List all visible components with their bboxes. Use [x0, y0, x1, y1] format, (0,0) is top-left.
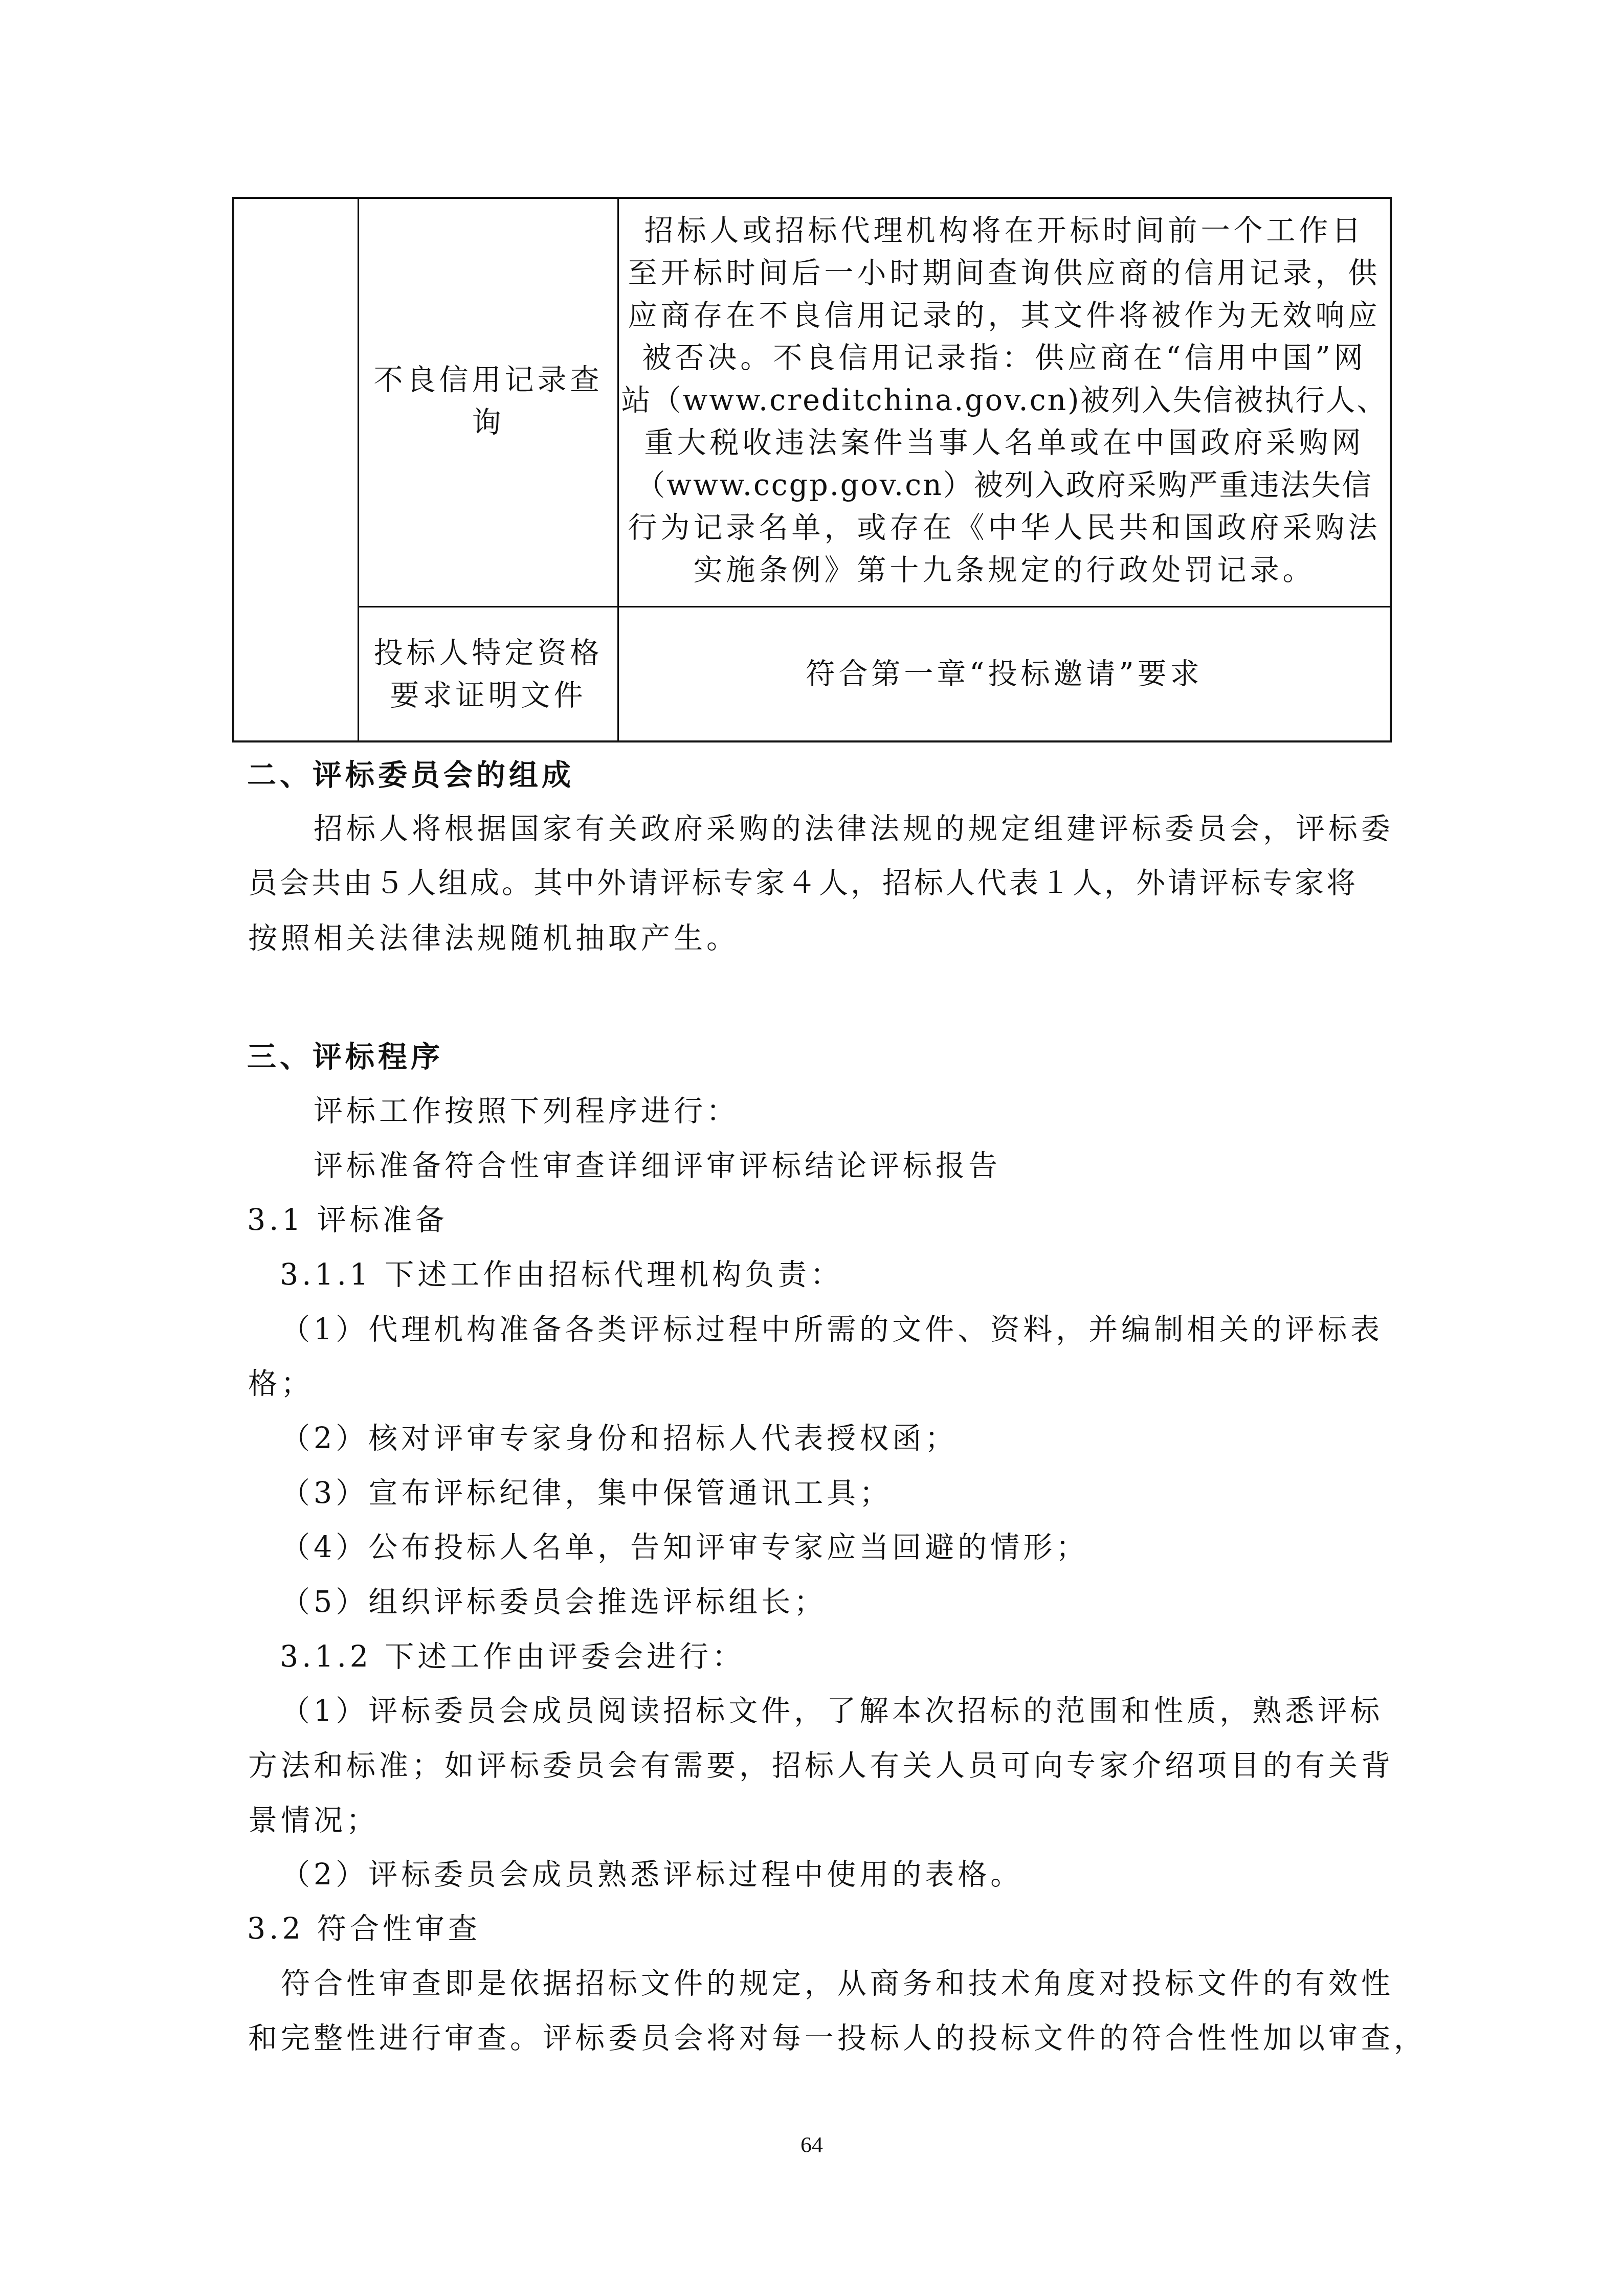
qualification-table: 不良信用记录查 询 招标人或招标代理机构将在开标时间前一个工作日 至开标时间后一…	[232, 197, 1391, 742]
table-border-bottom	[232, 740, 1391, 742]
list-item: （5）组织评标委员会推选评标组长；	[281, 1582, 827, 1623]
subsection-title: 3.1.1 下述工作由招标代理机构负责：	[280, 1254, 843, 1295]
paragraph-line: 评标工作按照下列程序进行：	[314, 1091, 739, 1132]
list-item: 景情况；	[248, 1800, 379, 1841]
paragraph-line: 符合性审查即是依据招标文件的规定，从商务和技术角度对投标文件的有效性	[281, 1963, 1394, 2004]
row-label-line: 询	[359, 401, 617, 444]
row-label-line: 要求证明文件	[359, 674, 617, 717]
section-heading: 三、评标程序	[247, 1037, 443, 1077]
list-item: （2）核对评审专家身份和招标人代表授权函；	[281, 1418, 958, 1459]
row-label-line: 投标人特定资格	[359, 632, 617, 674]
content-line: 符合第一章“投标邀请”要求	[619, 653, 1390, 695]
list-item: （3）宣布评标纪律，集中保管通讯工具；	[281, 1473, 892, 1514]
content-line: 应商存在不良信用记录的，其文件将被作为无效响应	[619, 295, 1390, 337]
content-line: 招标人或招标代理机构将在开标时间前一个工作日	[619, 210, 1390, 252]
list-item: 格；	[248, 1363, 314, 1404]
content-line: 行为记录名单，或存在《中华人民共和国政府采购法	[619, 507, 1390, 549]
content-line: （www.ccgp.gov.cn）被列入政府采购严重违法失信	[619, 464, 1390, 507]
content-line: 重大税收违法案件当事人名单或在中国政府采购网	[619, 422, 1390, 464]
content-line: 实施条例》第十九条规定的行政处罚记录。	[619, 549, 1390, 592]
list-item: （1）代理机构准备各类评标过程中所需的文件、资料，并编制相关的评标表	[281, 1309, 1383, 1350]
row-content: 招标人或招标代理机构将在开标时间前一个工作日 至开标时间后一小时期间查询供应商的…	[619, 210, 1390, 592]
content-line: 被否决。不良信用记录指：供应商在“信用中国”网	[619, 337, 1390, 379]
subsection-title: 3.1.2 下述工作由评委会进行：	[280, 1636, 745, 1677]
subsection-title: 3.1 评标准备	[247, 1200, 448, 1241]
paragraph-line: 和完整性进行审查。评标委员会将对每一投标人的投标文件的符合性性加以审查，	[248, 2018, 1427, 2059]
list-item: （4）公布投标人名单，告知评审专家应当回避的情形；	[281, 1527, 1088, 1568]
subsection-title: 3.2 符合性审查	[247, 1908, 481, 1949]
page-number: 64	[786, 2132, 837, 2158]
paragraph-line: 员会共由５人组成。其中外请评标专家４人，招标人代表１人，外请评标专家将	[248, 863, 1358, 904]
table-border-top	[232, 197, 1391, 199]
list-item: （2）评标委员会成员熟悉评标过程中使用的表格。	[281, 1854, 1023, 1895]
table-border-right	[1390, 197, 1392, 742]
row-label: 投标人特定资格 要求证明文件	[359, 632, 617, 717]
paragraph-line: 招标人将根据国家有关政府采购的法律法规的规定组建评标委员会，评标委	[314, 808, 1394, 849]
table-border-left	[232, 197, 234, 742]
row-label-line: 不良信用记录查	[359, 359, 617, 401]
row-label: 不良信用记录查 询	[359, 359, 617, 444]
list-item: （1）评标委员会成员阅读招标文件，了解本次招标的范围和性质，熟悉评标	[281, 1691, 1383, 1731]
list-item: 方法和标准；如评标委员会有需要，招标人有关人员可向专家介绍项目的有关背	[248, 1745, 1394, 1786]
row-content: 符合第一章“投标邀请”要求	[619, 653, 1390, 695]
section-heading: 二、评标委员会的组成	[247, 755, 574, 796]
content-line: 至开标时间后一小时期间查询供应商的信用记录，供	[619, 252, 1390, 295]
table-row-divider	[358, 606, 1391, 607]
paragraph-line: 按照相关法律法规随机抽取产生。	[248, 918, 739, 959]
paragraph-line: 评标准备符合性审查详细评审评标结论评标报告	[314, 1145, 1001, 1186]
document-page: 不良信用记录查 询 招标人或招标代理机构将在开标时间前一个工作日 至开标时间后一…	[0, 0, 1624, 2296]
content-line: 站（www.creditchina.gov.cn)被列入失信被执行人、	[619, 379, 1390, 422]
